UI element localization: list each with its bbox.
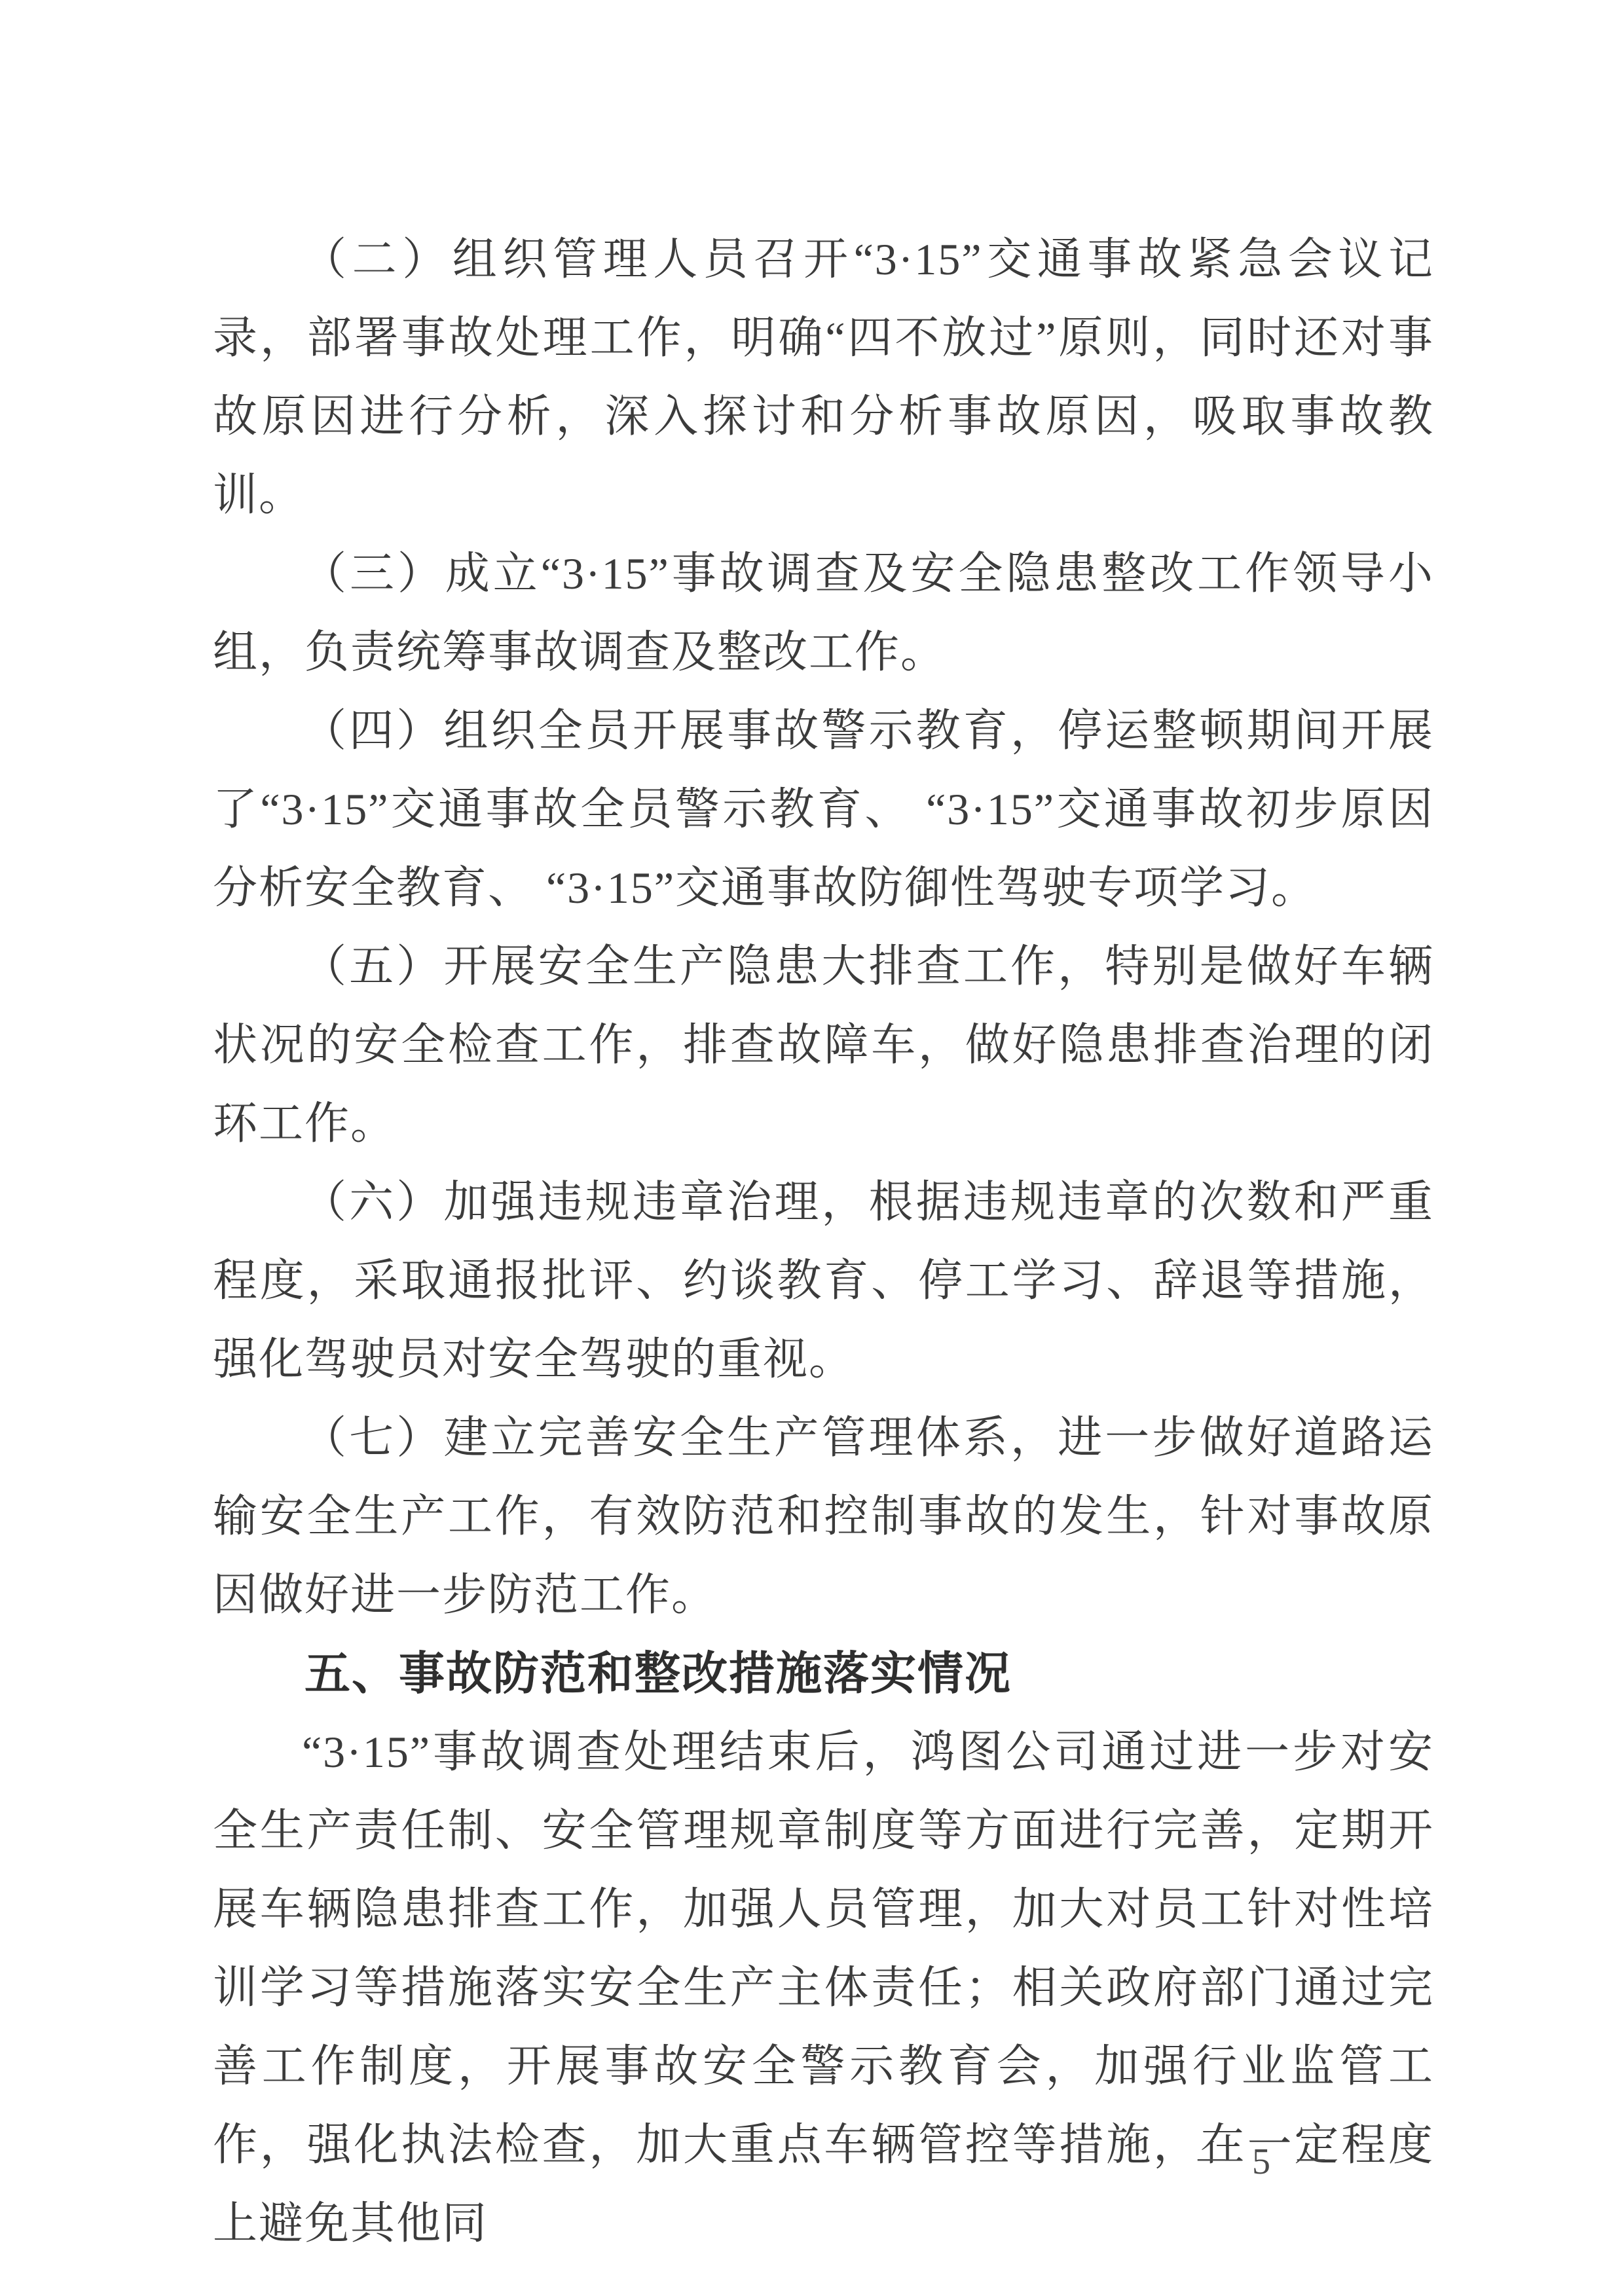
- page-number: － 5 －: [1193, 2142, 1336, 2181]
- paragraph-item-7: （七）建立完善安全生产管理体系，进一步做好道路运输安全生产工作，有效防范和控制事…: [213, 1398, 1434, 1634]
- paragraph-item-6: （六）加强违规违章治理，根据违规违章的次数和严重程度，采取通报批评、约谈教育、停…: [213, 1163, 1434, 1398]
- section-heading-5: 五、事故防范和整改措施落实情况: [213, 1634, 1434, 1713]
- paragraph-item-5: （五）开展安全生产隐患大排查工作，特别是做好车辆状况的安全检查工作，排查故障车，…: [213, 927, 1434, 1163]
- paragraph-item-3: （三）成立“3·15”事故调查及安全隐患整改工作领导小组，负责统筹事故调查及整改…: [213, 534, 1434, 691]
- document-page: （二）组织管理人员召开“3·15”交通事故紧急会议记录，部署事故处理工作，明确“…: [0, 0, 1624, 2296]
- paragraph-item-4: （四）组织全员开展事故警示教育，停运整顿期间开展了“3·15”交通事故全员警示教…: [213, 691, 1434, 927]
- paragraph-item-2: （二）组织管理人员召开“3·15”交通事故紧急会议记录，部署事故处理工作，明确“…: [213, 220, 1434, 534]
- document-body: （二）组织管理人员召开“3·15”交通事故紧急会议记录，部署事故处理工作，明确“…: [213, 220, 1434, 2263]
